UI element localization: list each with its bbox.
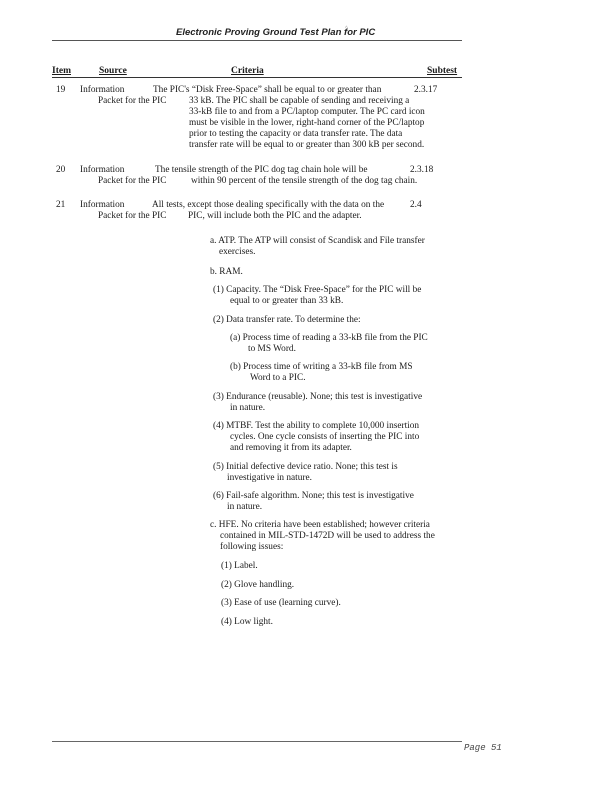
subitem-text: (1) Capacity. The “Disk Free-Space” for … xyxy=(213,285,421,296)
subitem-text: following issues: xyxy=(220,542,283,553)
subitem-text: a. ATP. The ATP will consist of Scandisk… xyxy=(210,236,425,247)
subitem-text: (2) Data transfer rate. To determine the… xyxy=(213,315,361,326)
subitem-text: (6) Fail-safe algorithm. None; this test… xyxy=(213,491,414,502)
column-header-source: Source xyxy=(99,66,127,76)
subitem-text: (4) Low light. xyxy=(221,617,273,628)
item-subtest: 2.4 xyxy=(410,200,422,211)
subitem-text: c. HFE. No criteria have been establishe… xyxy=(210,520,430,531)
item-source-line1: Information xyxy=(80,165,124,176)
item-criteria-line: All tests, except those dealing specific… xyxy=(152,200,384,211)
item-criteria-line: transfer rate will be equal to or greate… xyxy=(189,140,424,151)
item-subtest: 2.3.18 xyxy=(410,165,433,176)
column-header-rule xyxy=(52,77,462,78)
subitem-text: investigative in nature. xyxy=(227,473,312,484)
subitem-text: exercises. xyxy=(219,247,255,258)
subitem-text: in nature. xyxy=(227,502,262,513)
subitem-text: and removing it from its adapter. xyxy=(230,443,352,454)
subitem-text: (3) Endurance (reusable). None; this tes… xyxy=(213,392,422,403)
column-header-subtest: Subtest xyxy=(427,66,457,76)
column-header-criteria: Criteria xyxy=(231,66,264,76)
page-number: Page 51 xyxy=(464,743,502,753)
item-source-line2: Packet for the PIC xyxy=(98,96,166,107)
subitem-text: contained in MIL-STD-1472D will be used … xyxy=(220,531,435,542)
item-source-line2: Packet for the PIC xyxy=(98,176,166,187)
item-number: 21 xyxy=(56,200,65,211)
item-criteria-line: prior to testing the capacity or data tr… xyxy=(189,129,402,140)
item-criteria-line: 33-kB file to and from a PC/laptop compu… xyxy=(189,107,425,118)
subitem-text: b. RAM. xyxy=(210,267,243,278)
subitem-text: (a) Process time of reading a 33-kB file… xyxy=(230,333,428,344)
subitem-text: equal to or greater than 33 kB. xyxy=(230,296,343,307)
subitem-text: (1) Label. xyxy=(221,561,258,572)
subitem-text: Word to a PIC. xyxy=(250,373,306,384)
header-rule xyxy=(52,40,462,41)
item-criteria-line: 33 kB. The PIC shall be capable of sendi… xyxy=(189,96,409,107)
subitem-text: (b) Process time of writing a 33-kB file… xyxy=(230,362,413,373)
item-source-line2: Packet for the PIC xyxy=(98,211,166,222)
item-criteria-line: must be visible in the lower, right-hand… xyxy=(189,118,424,129)
subitem-text: (4) MTBF. Test the ability to complete 1… xyxy=(213,421,419,432)
item-criteria-line: The PIC's “Disk Free-Space” shall be equ… xyxy=(153,85,381,96)
column-header-item: Item xyxy=(52,66,71,76)
subitem-text: (2) Glove handling. xyxy=(221,580,294,591)
subitem-text: cycles. One cycle consists of inserting … xyxy=(230,432,419,443)
subitem-text: (5) Initial defective device ratio. None… xyxy=(213,462,398,473)
item-subtest: 2.3.17 xyxy=(414,85,437,96)
subitem-text: in nature. xyxy=(230,403,265,414)
footer-rule xyxy=(52,741,462,742)
item-criteria-line: within 90 percent of the tensile strengt… xyxy=(191,176,417,187)
item-criteria-line: PIC, will include both the PIC and the a… xyxy=(188,211,362,222)
subitem-text: (3) Ease of use (learning curve). xyxy=(221,598,341,609)
item-criteria-line: The tensile strength of the PIC dog tag … xyxy=(155,165,368,176)
item-source-line1: Information xyxy=(80,85,124,96)
item-number: 19 xyxy=(56,85,65,96)
item-number: 20 xyxy=(56,165,65,176)
header-mark: ^ xyxy=(345,26,348,32)
item-source-line1: Information xyxy=(80,200,124,211)
subitem-text: to MS Word. xyxy=(248,344,296,355)
